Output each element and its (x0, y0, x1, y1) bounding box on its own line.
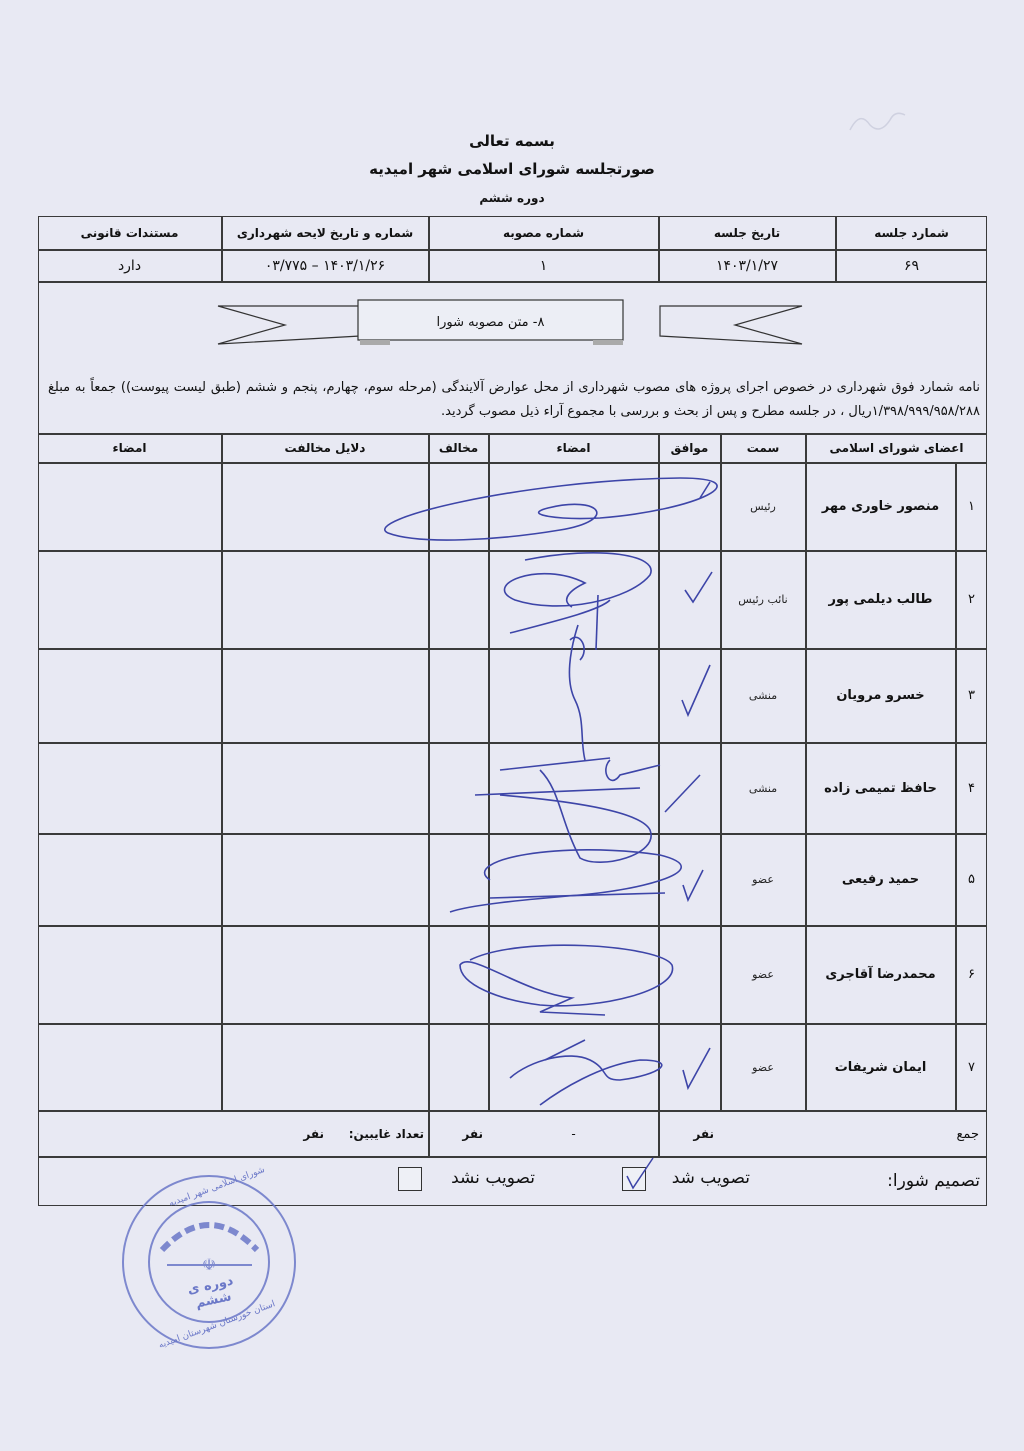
row-index: ۶ (956, 926, 987, 1023)
member-role: منشی (721, 743, 805, 833)
member-name: طالب دیلمی پور (806, 551, 955, 648)
row-index: ۱ (956, 463, 987, 550)
svg-text:☫: ☫ (202, 1255, 216, 1274)
member-role: نائب رئیس (721, 551, 805, 648)
bill-number-date-header: شماره و تاریخ لایحه شهرداری (222, 216, 428, 249)
legal-documents-header: مستندات قانونی (38, 216, 221, 249)
row-index: ۵ (956, 834, 987, 925)
page-title: صورتجلسه شورای اسلامی شهر امیدیه (0, 160, 1024, 178)
signature-dash: - (489, 1112, 658, 1156)
role-header: سمت (721, 434, 805, 462)
session-number-header: شمارد جلسه (836, 216, 987, 249)
row-index: ۴ (956, 743, 987, 833)
agree-total-unit: نفر (659, 1112, 714, 1156)
resolution-number-header: شماره مصوبه (429, 216, 658, 249)
legal-documents-value: دارد (38, 250, 221, 281)
oppose-total-unit: نفر (429, 1112, 483, 1156)
row-index: ۷ (956, 1024, 987, 1110)
official-stamp: ☫ دوره ی ششم شورای اسلامی شهر امیدیه است… (117, 1170, 302, 1355)
oppose-header: مخالف (429, 434, 488, 462)
member-role: عضو (721, 926, 805, 1023)
member-name: خسرو مرویان (806, 649, 955, 742)
session-date-header: تاریخ جلسه (659, 216, 835, 249)
term-subtitle: دوره ششم (0, 191, 1024, 205)
approved-label: تصویب شد (650, 1158, 750, 1198)
reasons-header: دلایل مخالفت (222, 434, 428, 462)
resolution-text: نامه شمارد فوق شهرداری در خصوص اجرای پرو… (48, 376, 980, 424)
session-number-value: ۶۹ (836, 250, 987, 281)
row-index: ۳ (956, 649, 987, 742)
agree-header: موافق (659, 434, 720, 462)
checkmark-icon (623, 1168, 645, 1190)
totals-label: جمع (721, 1112, 979, 1156)
absent-label: تعداد غایبین: (330, 1112, 424, 1156)
session-date-value: ۱۴۰۳/۱/۲۷ (659, 250, 835, 281)
member-name: حمید رفیعی (806, 834, 955, 925)
bill-number-date-value: ۱۴۰۳/۱/۲۶ – ۰۳/۷۷۵ (222, 250, 428, 281)
member-name: محمدرضا آقاجری (806, 926, 955, 1023)
member-name: منصور خاوری مهر (806, 463, 955, 550)
approved-checkbox[interactable] (622, 1167, 646, 1191)
member-name: حافظ تمیمی زاده (806, 743, 955, 833)
invocation-heading: بسمه تعالی (0, 132, 1024, 150)
row-index: ۲ (956, 551, 987, 648)
member-role: عضو (721, 1024, 805, 1110)
absent-unit: نفر (284, 1112, 324, 1156)
resolution-number-value: ۱ (429, 250, 658, 281)
decision-label: تصمیم شورا: (860, 1158, 980, 1204)
member-name: ایمان شریفات (806, 1024, 955, 1110)
signature2-header: امضاء (38, 434, 221, 462)
signature-header: امضاء (489, 434, 658, 462)
rejected-checkbox[interactable] (398, 1167, 422, 1191)
section-title: ۸- متن مصوبه شورا (358, 302, 623, 342)
member-role: منشی (721, 649, 805, 742)
rejected-label: تصویب نشد (425, 1158, 535, 1198)
members-header: اعضای شورای اسلامی (806, 434, 987, 462)
member-role: رئیس (721, 463, 805, 550)
member-role: عضو (721, 834, 805, 925)
